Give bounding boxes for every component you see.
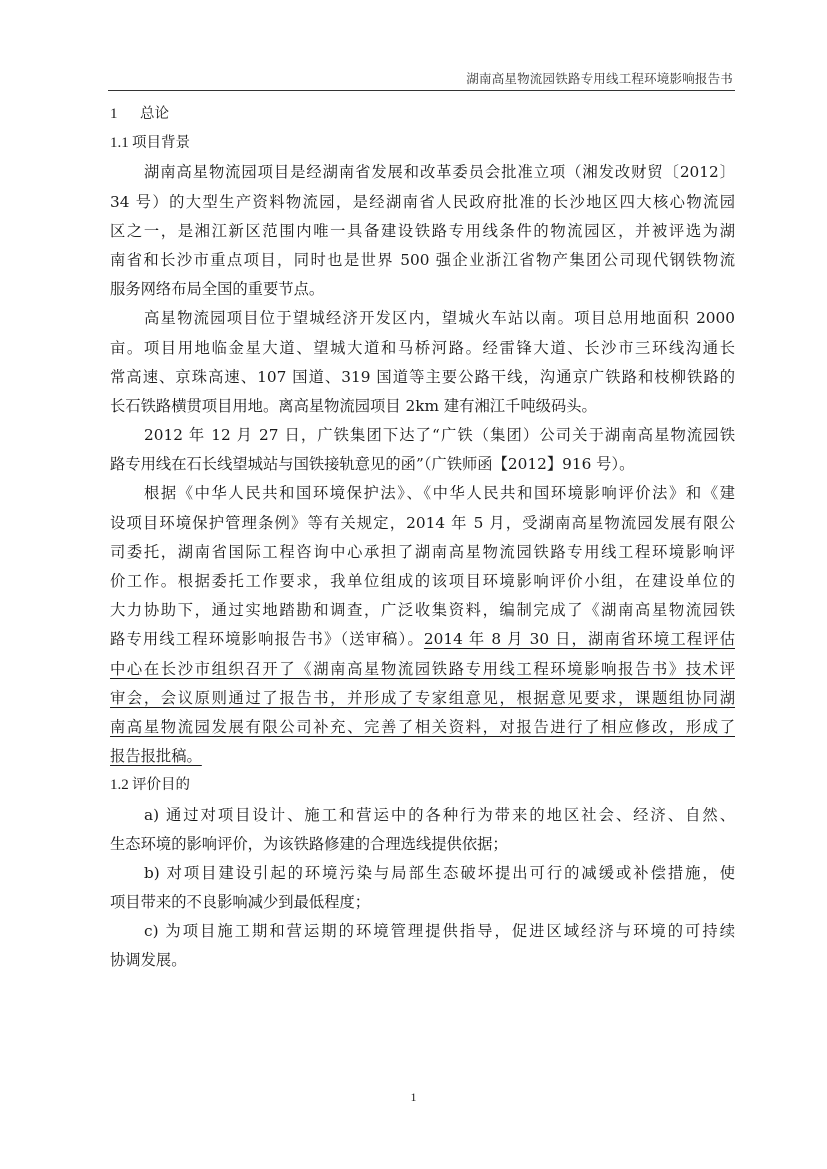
- underlined-revision-text: 南高星物流园发展有限公司补充、完善了相关资料，对报告进行了相应修改，形成了: [110, 713, 735, 742]
- underlined-revision-text: 中心在长沙市组织召开了《湖南高星物流园铁路专用线工程环境影响报告书》技术评: [110, 655, 735, 684]
- objective-item-b: b) 对项目建设引起的环境污染与局部生态破坏提出可行的减缓或补偿措施，使 项目带…: [110, 859, 735, 917]
- section-heading-1-2: 1.2评价目的: [110, 771, 735, 800]
- section-heading-1-1: 1.1项目背景: [110, 129, 735, 158]
- paragraph-location: 高星物流园项目位于望城经济开发区内，望城火车站以南。项目总用地面积 2000 亩…: [110, 304, 735, 421]
- objective-item-a: a) 通过对项目设计、施工和营运中的各种行为带来的地区社会、经济、自然、 生态环…: [110, 801, 735, 859]
- objective-item-c: c) 为项目施工期和营运期的环境管理提供指导，促进区域经济与环境的可持续 协调发…: [110, 917, 735, 975]
- section-heading-1: 1总论: [110, 100, 735, 129]
- page-body: 1总论 1.1项目背景 湖南高星物流园项目是经湖南省发展和改革委员会批准立项（湘…: [110, 100, 735, 976]
- paragraph-legal-basis: 根据《中华人民共和国环境保护法》、《中华人民共和国环境影响评价法》和《建 设项目…: [110, 479, 735, 771]
- underlined-revision-text: 审会，会议原则通过了报告书，并形成了专家组意见，根据意见要求，课题组协同湖: [110, 684, 735, 713]
- document-title: 湖南高星物流园铁路专用线工程环境影响报告书: [466, 69, 733, 87]
- page-number: 1: [0, 1090, 827, 1105]
- underlined-revision-text: 2014 年 8 月 30 日，湖南省环境工程评估: [424, 630, 735, 648]
- mixed-line: 路专用线工程环境影响报告书》（送审稿）。2014 年 8 月 30 日，湖南省环…: [110, 625, 735, 654]
- page-header: 湖南高星物流园铁路专用线工程环境影响报告书: [108, 66, 735, 91]
- paragraph-railway-approval: 2012 年 12 月 27 日，广铁集团下达了“广铁（集团）公司关于湖南高星物…: [110, 421, 735, 479]
- paragraph-background-1: 湖南高星物流园项目是经湖南省发展和改革委员会批准立项（湘发改财贸〔2012〕 3…: [110, 158, 735, 304]
- underlined-revision-text: 报告报批稿。: [110, 747, 202, 765]
